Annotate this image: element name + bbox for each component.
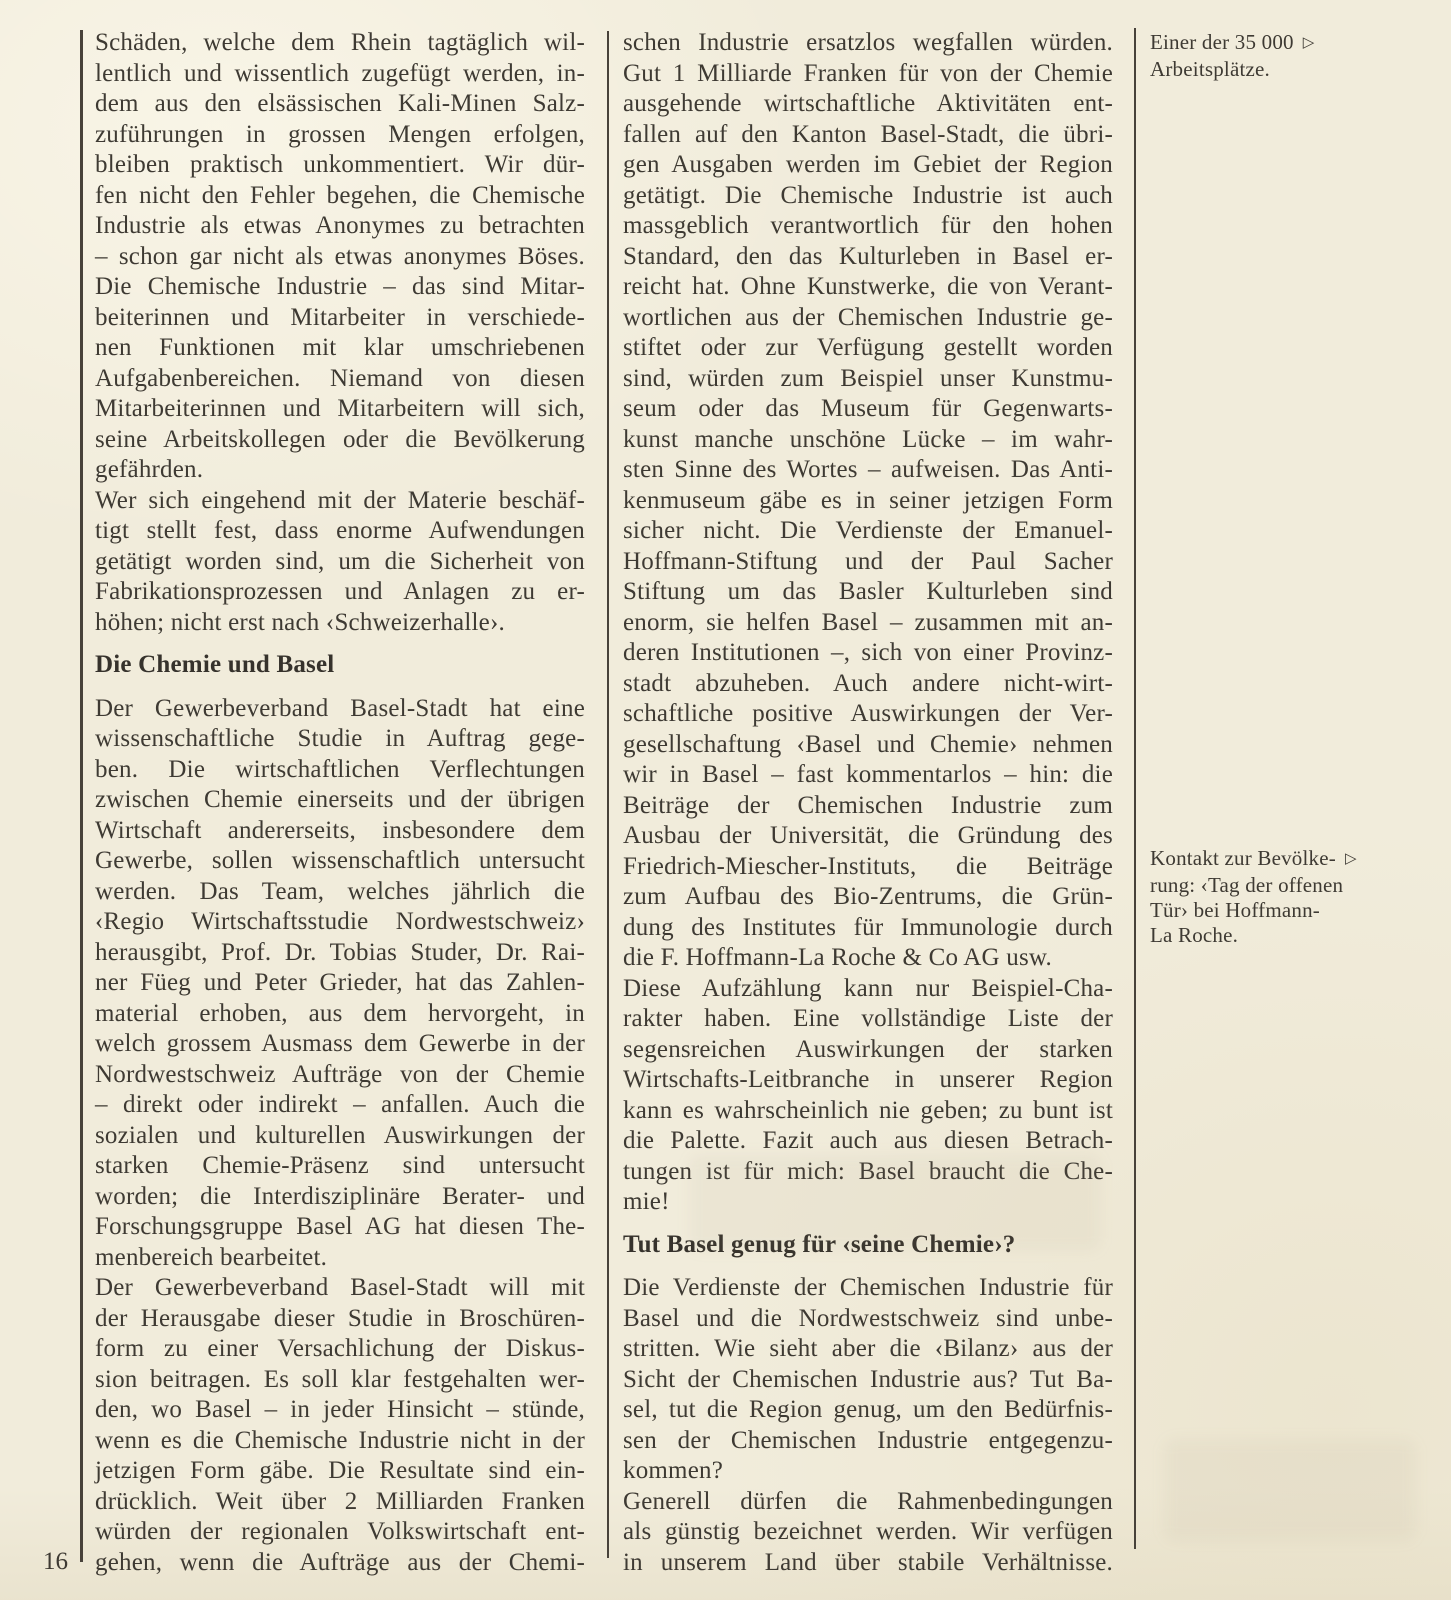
text-line: kunst manche unschöne Lücke – im wahr- — [623, 425, 1113, 456]
text-line: tigt stellt fest, dass enorme Aufwendung… — [95, 516, 585, 547]
text-line: enorm, sie helfen Basel – zusammen mit a… — [623, 608, 1113, 639]
text-line: Wirtschaft andererseits, insbesondere de… — [95, 816, 585, 847]
text-line: werden. Das Team, welches jährlich die — [95, 877, 585, 908]
text-line: nen Funktionen mit klar umschriebenen — [95, 333, 585, 364]
text-line: zum Aufbau des Bio-Zentrums, die Grün- — [623, 882, 1113, 913]
text-line: herausgibt, Prof. Dr. Tobias Studer, Dr.… — [95, 938, 585, 969]
text-line: Der Gewerbeverband Basel-Stadt will mit — [95, 1273, 585, 1304]
pointer-triangle-icon: ▷ — [1345, 849, 1357, 867]
text-line: Industrie als etwas Anonymes zu betracht… — [95, 211, 585, 242]
text-line: würden der regionalen Volkswirtschaft en… — [95, 1517, 585, 1548]
text-line: die Palette. Fazit auch aus diesen Betra… — [623, 1126, 1113, 1157]
text-line: Generell dürfen die Rahmenbedingungen — [623, 1487, 1113, 1518]
text-line: Nordwestschweiz Aufträge von der Chemie — [95, 1060, 585, 1091]
text-line: stadt abzuheben. Auch andere nicht-wirt- — [623, 669, 1113, 700]
text-line: Hoffmann-Stiftung und der Paul Sacher — [623, 547, 1113, 578]
text-line: Forschungsgruppe Basel AG hat diesen The… — [95, 1212, 585, 1243]
margin-note-line: Kontakt zur Bevölke-▷ — [1150, 846, 1385, 873]
text-line: schaftliche positive Auswirkungen der Ve… — [623, 699, 1113, 730]
text-line: gefährden. — [95, 455, 585, 486]
paragraph: Wer sich eingehend mit der Materie besch… — [95, 486, 585, 639]
margin-note-line: Einer der 35 000▷ — [1150, 30, 1385, 57]
text-line: form zu einer Versachlichung der Diskus- — [95, 1334, 585, 1365]
text-line: zuführungen in grossen Mengen erfolgen, — [95, 120, 585, 151]
text-line: reicht hat. Ohne Kunstwerke, die von Ver… — [623, 272, 1113, 303]
text-line: deren Institutionen –, sich von einer Pr… — [623, 638, 1113, 669]
text-line: seine Arbeitskollegen oder die Bevölkeru… — [95, 425, 585, 456]
text-line: Schäden, welche dem Rhein tagtäglich wil… — [95, 28, 585, 59]
paragraph: Diese Aufzählung kann nur Beispiel-Cha-r… — [623, 974, 1113, 1218]
text-line: Der Gewerbeverband Basel-Stadt hat eine — [95, 694, 585, 725]
text-line: wissenschaftliche Studie in Auftrag gege… — [95, 724, 585, 755]
text-line: zwischen Chemie einerseits und der übrig… — [95, 785, 585, 816]
text-line: sten Sinne des Wortes – aufweisen. Das A… — [623, 455, 1113, 486]
text-line: als günstig bezeichnet werden. Wir verfü… — [623, 1517, 1113, 1548]
text-line: wenn es die Chemische Industrie nicht in… — [95, 1426, 585, 1457]
text-line: jetzigen Form gäbe. Die Resultate sind e… — [95, 1456, 585, 1487]
text-line: – schon gar nicht als etwas anonymes Bös… — [95, 242, 585, 273]
text-line: welch grossem Ausmass dem Gewerbe in der — [95, 1029, 585, 1060]
right-text-column: schen Industrie ersatzlos wegfallen würd… — [623, 28, 1113, 1578]
text-line: schen Industrie ersatzlos wegfallen würd… — [623, 28, 1113, 59]
left-text-column: Schäden, welche dem Rhein tagtäglich wil… — [95, 28, 585, 1578]
text-line: getätigt. Die Chemische Industrie ist au… — [623, 181, 1113, 212]
text-line: Wer sich eingehend mit der Materie besch… — [95, 486, 585, 517]
text-line: getätigt worden sind, um die Sicherheit … — [95, 547, 585, 578]
column-divider-rule — [607, 31, 609, 1558]
text-line: sind, würden zum Beispiel unser Kunstmu- — [623, 364, 1113, 395]
text-line: Die Verdienste der Chemischen Industrie … — [623, 1273, 1113, 1304]
text-line: massgeblich verantwortlich für den hohen — [623, 211, 1113, 242]
margin-note-line: Tür› bei Hoffmann- — [1150, 898, 1385, 923]
show-through-smudge — [1165, 1440, 1415, 1540]
text-line: den, wo Basel – in jeder Hinsicht – stün… — [95, 1395, 585, 1426]
section-heading: Tut Basel genug für ‹seine Chemie›? — [623, 1230, 1113, 1261]
text-line: wortlichen aus der Chemischen Industrie … — [623, 303, 1113, 334]
margin-divider-rule — [1134, 28, 1136, 1549]
text-line: ner Füeg und Peter Grieder, hat das Zahl… — [95, 968, 585, 999]
text-line: material erhoben, aus dem hervorgeht, in — [95, 999, 585, 1030]
text-line: sen der Chemischen Industrie entgegenzu- — [623, 1426, 1113, 1457]
pointer-triangle-icon: ▷ — [1303, 33, 1315, 51]
page-edge-rule-left — [80, 30, 83, 1562]
text-line: fallen auf den Kanton Basel-Stadt, die ü… — [623, 120, 1113, 151]
text-line: Die Chemische Industrie – das sind Mitar… — [95, 272, 585, 303]
text-line: sion beitragen. Es soll klar festgehalte… — [95, 1365, 585, 1396]
text-line: Standard, den das Kulturleben in Basel e… — [623, 242, 1113, 273]
text-line: Ausbau der Universität, die Gründung des — [623, 821, 1113, 852]
text-line: höhen; nicht erst nach ‹Schweizerhalle›. — [95, 608, 585, 639]
paragraph: Der Gewerbeverband Basel-Stadt hat einew… — [95, 694, 585, 1274]
paragraph: Generell dürfen die Rahmenbedingungenals… — [623, 1487, 1113, 1579]
text-line: bleiben praktisch unkommentiert. Wir dür… — [95, 150, 585, 181]
text-line: Wirtschafts-Leitbranche in unserer Regio… — [623, 1065, 1113, 1096]
text-line: wir in Basel – fast kommentarlos – hin: … — [623, 760, 1113, 791]
text-line: Beiträge der Chemischen Industrie zum — [623, 791, 1113, 822]
text-line: sicher nicht. Die Verdienste der Emanuel… — [623, 516, 1113, 547]
text-line: dem aus den elsässischen Kali-Minen Salz… — [95, 89, 585, 120]
text-line: lentlich und wissentlich zugefügt werden… — [95, 59, 585, 90]
text-line: Gut 1 Milliarde Franken für von der Chem… — [623, 59, 1113, 90]
text-line: ‹Regio Wirtschaftsstudie Nordwestschweiz… — [95, 907, 585, 938]
text-line: stiftet oder zur Verfügung gestellt word… — [623, 333, 1113, 364]
text-line: kenmuseum gäbe es in seiner jetzigen For… — [623, 486, 1113, 517]
section-heading: Die Chemie und Basel — [95, 650, 585, 681]
text-line: mie! — [623, 1187, 1113, 1218]
margin-note-line: La Roche. — [1150, 923, 1385, 948]
text-line: Mitarbeiterinnen und Mitarbeitern will s… — [95, 394, 585, 425]
text-line: in unserem Land über stabile Verhältniss… — [623, 1548, 1113, 1579]
text-line: Fabrikationsprozessen und Anlagen zu er- — [95, 577, 585, 608]
text-line: Gewerbe, sollen wissenschaftlich untersu… — [95, 846, 585, 877]
text-line: beiterinnen und Mitarbeiter in verschied… — [95, 303, 585, 334]
margin-note-line: rung: ‹Tag der offenen — [1150, 873, 1385, 898]
text-line: dung des Institutes für Immunologie durc… — [623, 913, 1113, 944]
text-line: fen nicht den Fehler begehen, die Chemis… — [95, 181, 585, 212]
text-line: ben. Die wirtschaftlichen Verflechtungen — [95, 755, 585, 786]
text-line: rakter haben. Eine vollständige Liste de… — [623, 1004, 1113, 1035]
text-line: stritten. Wie sieht aber die ‹Bilanz› au… — [623, 1334, 1113, 1365]
text-line: gehen, wenn die Aufträge aus der Chemi- — [95, 1548, 585, 1579]
paragraph: Schäden, welche dem Rhein tagtäglich wil… — [95, 28, 585, 486]
text-line: gen Ausgaben werden im Gebiet der Region — [623, 150, 1113, 181]
margin-note: Einer der 35 000▷Arbeitsplätze. — [1150, 30, 1385, 82]
text-line: worden; die Interdisziplinäre Berater- u… — [95, 1182, 585, 1213]
text-line: sel, tut die Region genug, um den Bedürf… — [623, 1395, 1113, 1426]
text-line: sozialen und kulturellen Auswirkungen de… — [95, 1121, 585, 1152]
text-line: menbereich bearbeitet. — [95, 1243, 585, 1274]
text-line: Stiftung um das Basler Kulturleben sind — [623, 577, 1113, 608]
text-line: drücklich. Weit über 2 Milliarden Franke… — [95, 1487, 585, 1518]
text-line: der Herausgabe dieser Studie in Broschür… — [95, 1304, 585, 1335]
text-line: Aufgabenbereichen. Niemand von diesen — [95, 364, 585, 395]
text-line: kommen? — [623, 1456, 1113, 1487]
scanned-page: Schäden, welche dem Rhein tagtäglich wil… — [0, 0, 1451, 1600]
paragraph: Der Gewerbeverband Basel-Stadt will mitd… — [95, 1273, 585, 1578]
text-line: die F. Hoffmann-La Roche & Co AG usw. — [623, 943, 1113, 974]
text-line: kann es wahrscheinlich nie geben; zu bun… — [623, 1096, 1113, 1127]
text-line: Sicht der Chemischen Industrie aus? Tut … — [623, 1365, 1113, 1396]
margin-note-line: Arbeitsplätze. — [1150, 57, 1385, 82]
text-line: – direkt oder indirekt – anfallen. Auch … — [95, 1090, 585, 1121]
text-line: segensreichen Auswirkungen der starken — [623, 1035, 1113, 1066]
paragraph: Die Verdienste der Chemischen Industrie … — [623, 1273, 1113, 1487]
text-line: Friedrich-Miescher-Instituts, die Beiträ… — [623, 852, 1113, 883]
text-line: starken Chemie-Präsenz sind untersucht — [95, 1151, 585, 1182]
text-line: Basel und die Nordwestschweiz sind unbe- — [623, 1304, 1113, 1335]
page-number: 16 — [34, 1547, 68, 1578]
paragraph: schen Industrie ersatzlos wegfallen würd… — [623, 28, 1113, 974]
text-line: gesellschaftung ‹Basel und Chemie› nehme… — [623, 730, 1113, 761]
text-line: ausgehende wirtschaftliche Aktivitäten e… — [623, 89, 1113, 120]
text-line: seum oder das Museum für Gegenwarts- — [623, 394, 1113, 425]
margin-note: Kontakt zur Bevölke-▷rung: ‹Tag der offe… — [1150, 846, 1385, 948]
text-line: tungen ist für mich: Basel braucht die C… — [623, 1157, 1113, 1188]
text-line: Diese Aufzählung kann nur Beispiel-Cha- — [623, 974, 1113, 1005]
